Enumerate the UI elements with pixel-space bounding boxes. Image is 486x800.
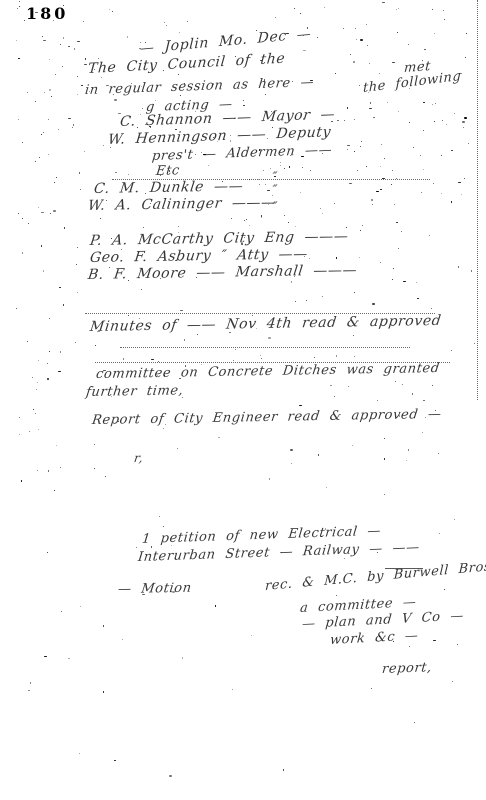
handwriting-line-1: The City Council of the [87,52,285,76]
handwriting-line-16: Geo. F. Asbury ″ Atty —— [89,247,309,265]
handwriting-line-22: r, [133,452,144,464]
handwriting-line-18: Minutes of —— Nov 4th read & approved [89,314,442,334]
pen-rule-3 [95,362,450,363]
handwriting-line-15: P. A. McCarthy City Eng ——— [89,229,349,248]
handwriting-line-3: in regular session as here — [84,76,314,97]
pen-rule-1 [85,313,435,314]
handwriting-line-20: further time, [85,384,184,399]
handwriting-line-17: B. F. Moore —— Marshall ——— [87,263,358,282]
handwriting-line-29: work &c — [329,629,419,647]
handwriting-line-9: Etc [155,164,180,178]
handwriting-line-21: Report of City Engineer read & approved … [91,408,442,427]
pen-rule-2 [120,347,410,348]
handwriting-line-13: W. A. Calininger ——— [87,196,276,213]
handwriting-line-14: ″ [271,201,278,214]
handwriting-line-25: — Motion [117,582,192,596]
scanned-ledger-page: 180 — Joplin Mo. Dec —The City Council o… [0,0,486,800]
handwriting-line-8: pres't — Aldermen —— [151,144,333,163]
handwriting-line-19: committee on Concrete Ditches was grante… [95,362,440,381]
handwriting-line-30: report, [381,661,432,676]
handwriting-layer: — Joplin Mo. Dec —The City Council of th… [0,0,486,800]
handwriting-line-11: C. M. Dunkle —— [93,179,244,196]
pen-rule-4 [385,568,423,569]
handwriting-line-26: rec. & M.C. by Burwell Bros [265,560,486,593]
pen-rule-0 [112,179,430,180]
page-edge-line [477,0,478,400]
